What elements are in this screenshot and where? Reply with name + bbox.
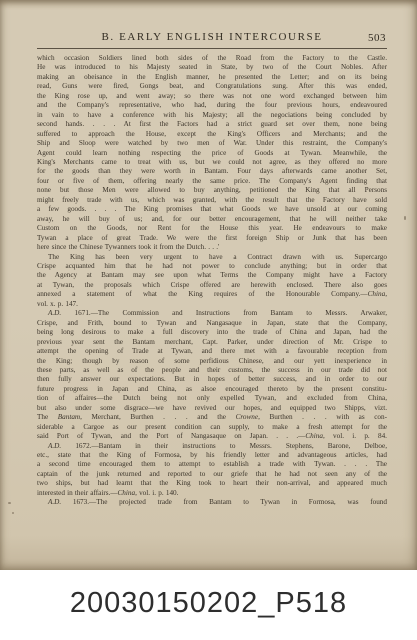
page-number: 503 xyxy=(368,32,386,44)
text-line: away, he will buy of us; and, for our be… xyxy=(37,215,387,224)
scanned-book-page: B. EARLY ENGLISH INTERCOURSE 503 which o… xyxy=(0,0,417,640)
text-line: at Tywan, the proposals which Crispe off… xyxy=(37,281,387,290)
text-line: here since the Chinese Tywanners took it… xyxy=(37,243,387,252)
text-line: then fully answer our expectations. But … xyxy=(37,375,387,384)
text-column: B. EARLY ENGLISH INTERCOURSE 503 which o… xyxy=(37,0,387,508)
text-line: the King; though by reason of some perfi… xyxy=(37,357,387,366)
paragraph: The King has been very urgent to have a … xyxy=(37,253,387,310)
text-line: said Port of Tywan, and the Port of Nang… xyxy=(37,432,387,441)
scan-speck xyxy=(8,502,11,504)
scan-id-label: 20030150202_P518 xyxy=(70,587,347,620)
text-line: which occasion Soldiers lined both sides… xyxy=(37,54,387,63)
paragraph: A.D. 1671.—The Commission and Instructio… xyxy=(37,309,387,441)
text-line: interested in their affairs.—China, vol.… xyxy=(37,489,387,498)
paragraph: which occasion Soldiers lined both sides… xyxy=(37,54,387,253)
text-line: read, Guns were fired, Gongs beat, and C… xyxy=(37,82,387,91)
page-scan-area: B. EARLY ENGLISH INTERCOURSE 503 which o… xyxy=(0,0,417,570)
text-line: etc., state that the King of Formosa, by… xyxy=(37,451,387,460)
text-line: A.D. 1672.—Bantam in their instructions … xyxy=(37,442,387,451)
text-line: Crispe, and Frith, bound to Tywan and Na… xyxy=(37,319,387,328)
text-line: A.D. 1673.—The projected trade from Bant… xyxy=(37,498,387,507)
text-line: the Agency at Bantam may see upon what T… xyxy=(37,271,387,280)
text-line: but also under some disgrace—we have rev… xyxy=(37,404,387,413)
text-line: Custom on the Goods, nor Rent for the Ho… xyxy=(37,224,387,233)
running-title: B. EARLY ENGLISH INTERCOURSE xyxy=(37,31,387,43)
text-line: King's Merchants came to treat with us, … xyxy=(37,158,387,167)
body-text: which occasion Soldiers lined both sides… xyxy=(37,54,387,508)
header-rule xyxy=(37,48,387,49)
text-line: second hands. . . . At first the Factors… xyxy=(37,120,387,129)
text-line: previous year sent the Bantam merchant, … xyxy=(37,338,387,347)
scan-speck xyxy=(12,512,14,514)
paragraph: A.D. 1672.—Bantam in their instructions … xyxy=(37,442,387,499)
text-line: these parts, as well as of the people an… xyxy=(37,366,387,375)
text-line: Crispe acquanted him that he had not pow… xyxy=(37,262,387,271)
page-header: B. EARLY ENGLISH INTERCOURSE 503 xyxy=(37,31,387,46)
scan-speck xyxy=(404,216,406,220)
text-line: might freely trade with us, which was gr… xyxy=(37,196,387,205)
text-line: captain of the junk returned and reporte… xyxy=(37,470,387,479)
text-line: tion of affaires—the Dutch being not onl… xyxy=(37,394,387,403)
text-line: in vain to have a conference with his Ma… xyxy=(37,111,387,120)
text-line: for the goods than they were worth in Ba… xyxy=(37,167,387,176)
text-line: attempt the opening of Trade at Tywan, a… xyxy=(37,347,387,356)
paragraph: A.D. 1673.—The projected trade from Bant… xyxy=(37,498,387,507)
text-line: suffered to approach the House, except t… xyxy=(37,130,387,139)
text-line: Tywan a place of great Trade. We were th… xyxy=(37,234,387,243)
text-line: none but those Men were allowed to buy a… xyxy=(37,186,387,195)
text-line: being long desirous to make a full disco… xyxy=(37,328,387,337)
text-line: four or five of them, offering nearly th… xyxy=(37,177,387,186)
text-line: a second time encouraged them to attempt… xyxy=(37,460,387,469)
text-line: Agent could learn nothing respecting the… xyxy=(37,149,387,158)
text-line: The King has been very urgent to have a … xyxy=(37,253,387,262)
text-line: He was introduced to his Majesty seated … xyxy=(37,63,387,72)
text-line: making an obeisance in the English manne… xyxy=(37,73,387,82)
text-line: siderable a Cargoe as our present condit… xyxy=(37,423,387,432)
text-line: The Bantam, Merchant, Burthen . . . and … xyxy=(37,413,387,422)
text-line: a few goods. . . . The King promises tha… xyxy=(37,205,387,214)
text-line: two ships, but had learnt that the King … xyxy=(37,479,387,488)
text-line: future progress in Japan and China, as a… xyxy=(37,385,387,394)
text-line: annexed a statement of what the King req… xyxy=(37,290,387,299)
text-line: and the Company's representative, who ha… xyxy=(37,101,387,110)
text-line: vol. x. p. 147. xyxy=(37,300,387,309)
text-line: A.D. 1671.—The Commission and Instructio… xyxy=(37,309,387,318)
text-line: Ship and Sloop were watched by two men o… xyxy=(37,139,387,148)
text-line: the King rose up, and went away; so ther… xyxy=(37,92,387,101)
archival-footer-strip: 20030150202_P518 xyxy=(0,570,417,640)
